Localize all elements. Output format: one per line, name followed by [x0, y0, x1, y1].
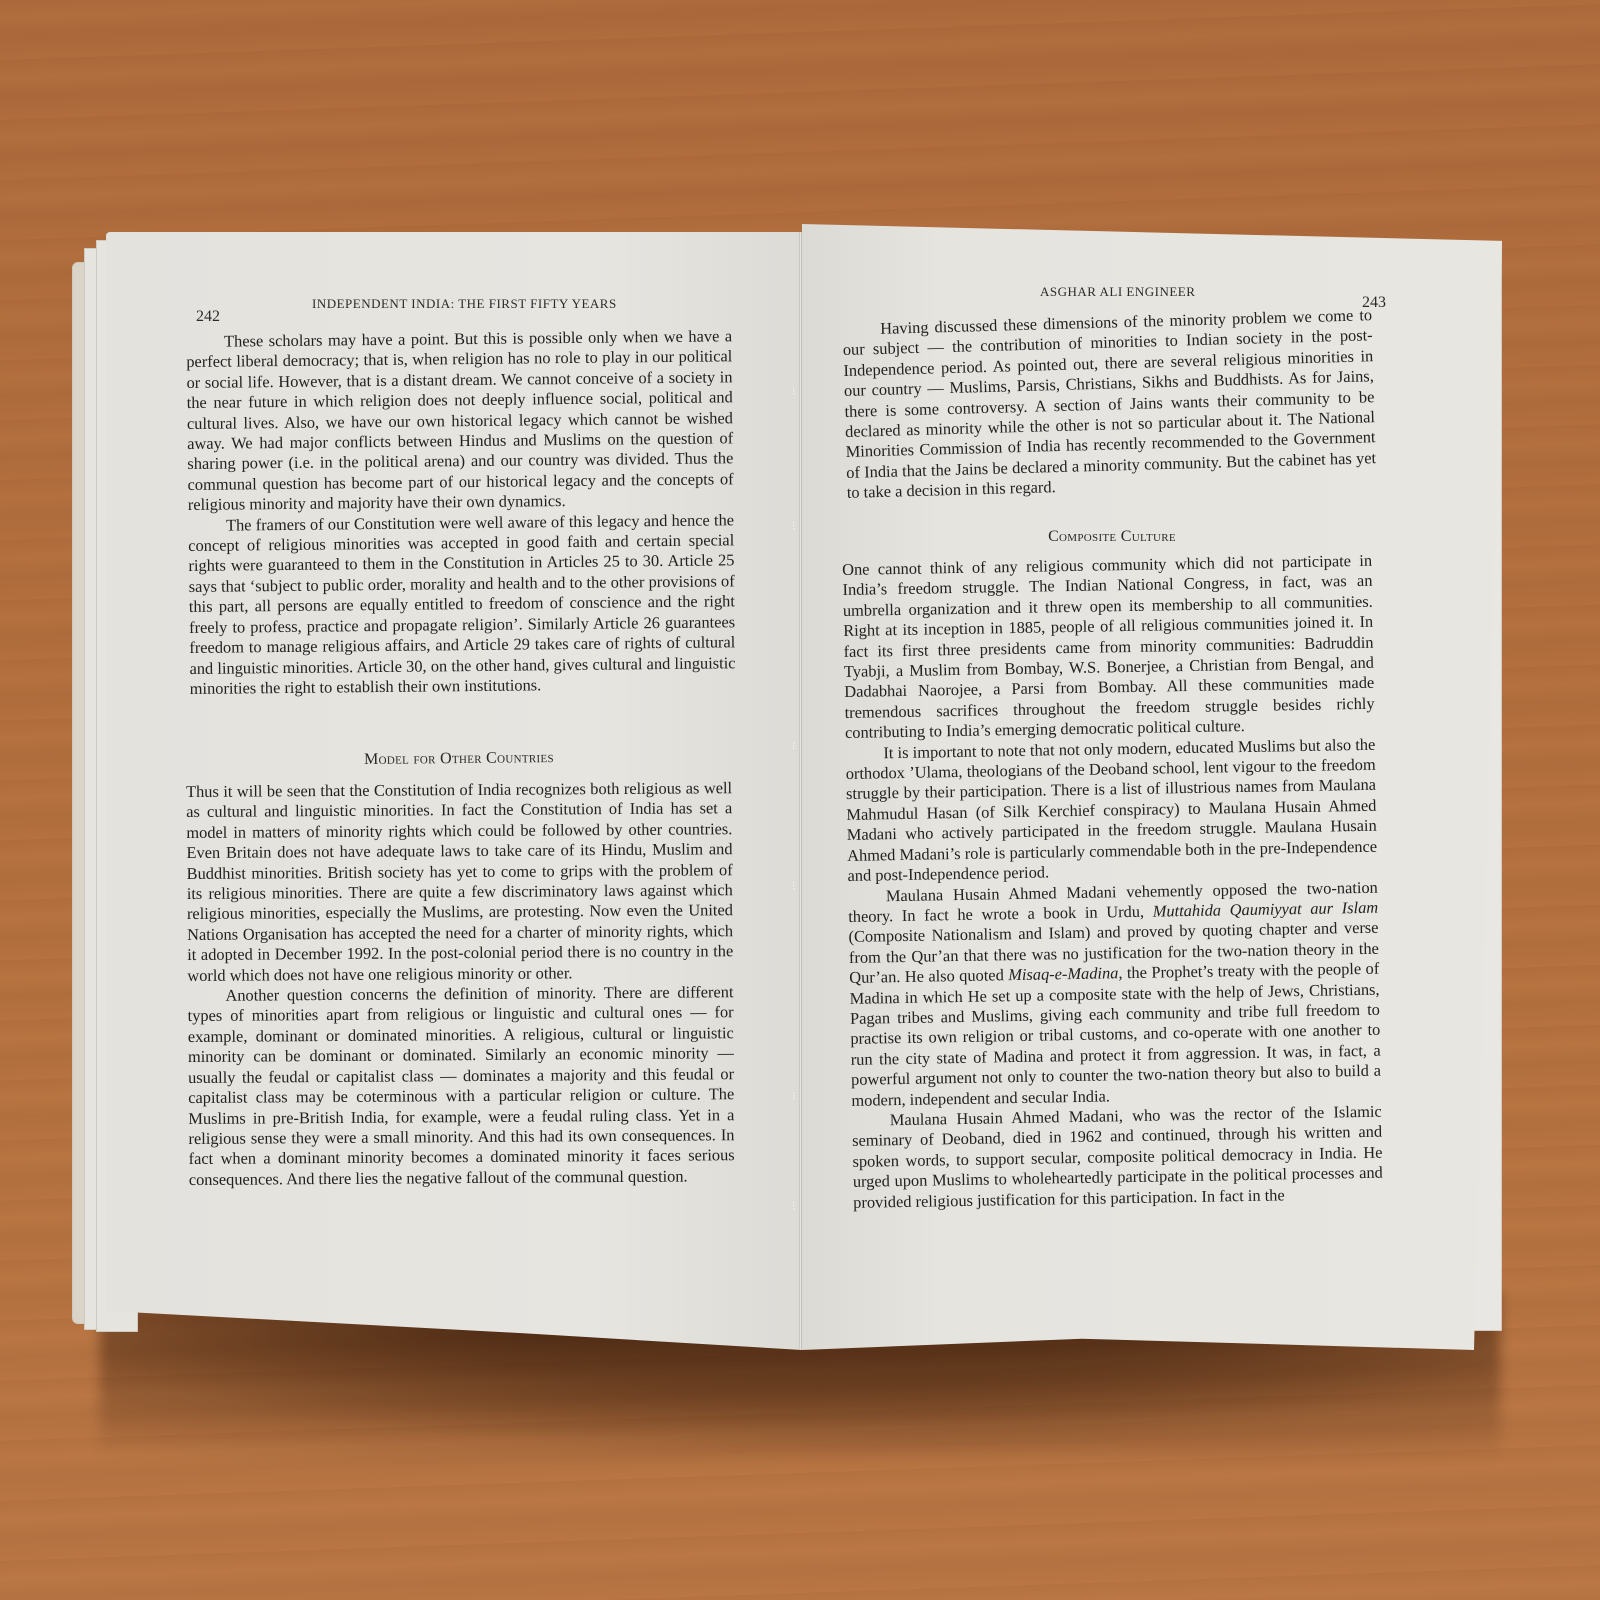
- binding-stitch-icon: ⁝: [792, 385, 804, 397]
- right-body-text: Having discussed these dimensions of the…: [842, 305, 1377, 503]
- treaty-title-italic: Misaq-e-Madina,: [1008, 963, 1123, 984]
- paragraph: One cannot think of any religious commun…: [842, 551, 1375, 744]
- paragraph: Thus it will be seen that the Constituti…: [186, 778, 733, 986]
- section-heading-model-for-other-countries: Model for Other Countries: [186, 747, 732, 771]
- paragraph: Another question concerns the definition…: [187, 982, 734, 1190]
- left-section-text: Thus it will be seen that the Constituti…: [186, 778, 735, 1190]
- binding-stitch-icon: ⁝: [792, 1090, 804, 1102]
- paragraph: Having discussed these dimensions of the…: [842, 305, 1377, 503]
- right-page: ASGHAR ALI ENGINEER 243 Having discussed…: [802, 224, 1502, 1350]
- section-heading-composite-culture: Composite Culture: [842, 528, 1382, 546]
- book-title-italic: Muttahida Qaumiyyat aur Islam: [1153, 898, 1379, 921]
- page-number-left: 242: [196, 308, 220, 326]
- binding-stitch-icon: ⁝: [792, 520, 804, 532]
- binding-stitch-icon: ⁝: [792, 740, 804, 752]
- left-body-text: These scholars may have a point. But thi…: [186, 326, 736, 699]
- running-head-left: INDEPENDENT INDIA: THE FIRST FIFTY YEARS: [312, 296, 617, 312]
- binding-stitch-icon: ⁝: [792, 1200, 804, 1212]
- paragraph: It is important to note that not only mo…: [845, 734, 1377, 886]
- paragraph: Maulana Husain Ahmed Madani vehemently o…: [848, 877, 1382, 1111]
- binding-stitch-icon: ⁝: [792, 880, 804, 892]
- paragraph: These scholars may have a point. But thi…: [186, 326, 734, 515]
- book-spine-gutter: [799, 232, 802, 1350]
- running-head-right: ASGHAR ALI ENGINEER: [1040, 284, 1195, 300]
- paragraph: Maulana Husain Ahmed Madani, who was the…: [852, 1102, 1384, 1213]
- right-section-text: One cannot think of any religious commun…: [842, 551, 1383, 1213]
- left-page: 242 INDEPENDENT INDIA: THE FIRST FIFTY Y…: [106, 232, 802, 1350]
- paragraph: The framers of our Constitution were wel…: [188, 510, 736, 699]
